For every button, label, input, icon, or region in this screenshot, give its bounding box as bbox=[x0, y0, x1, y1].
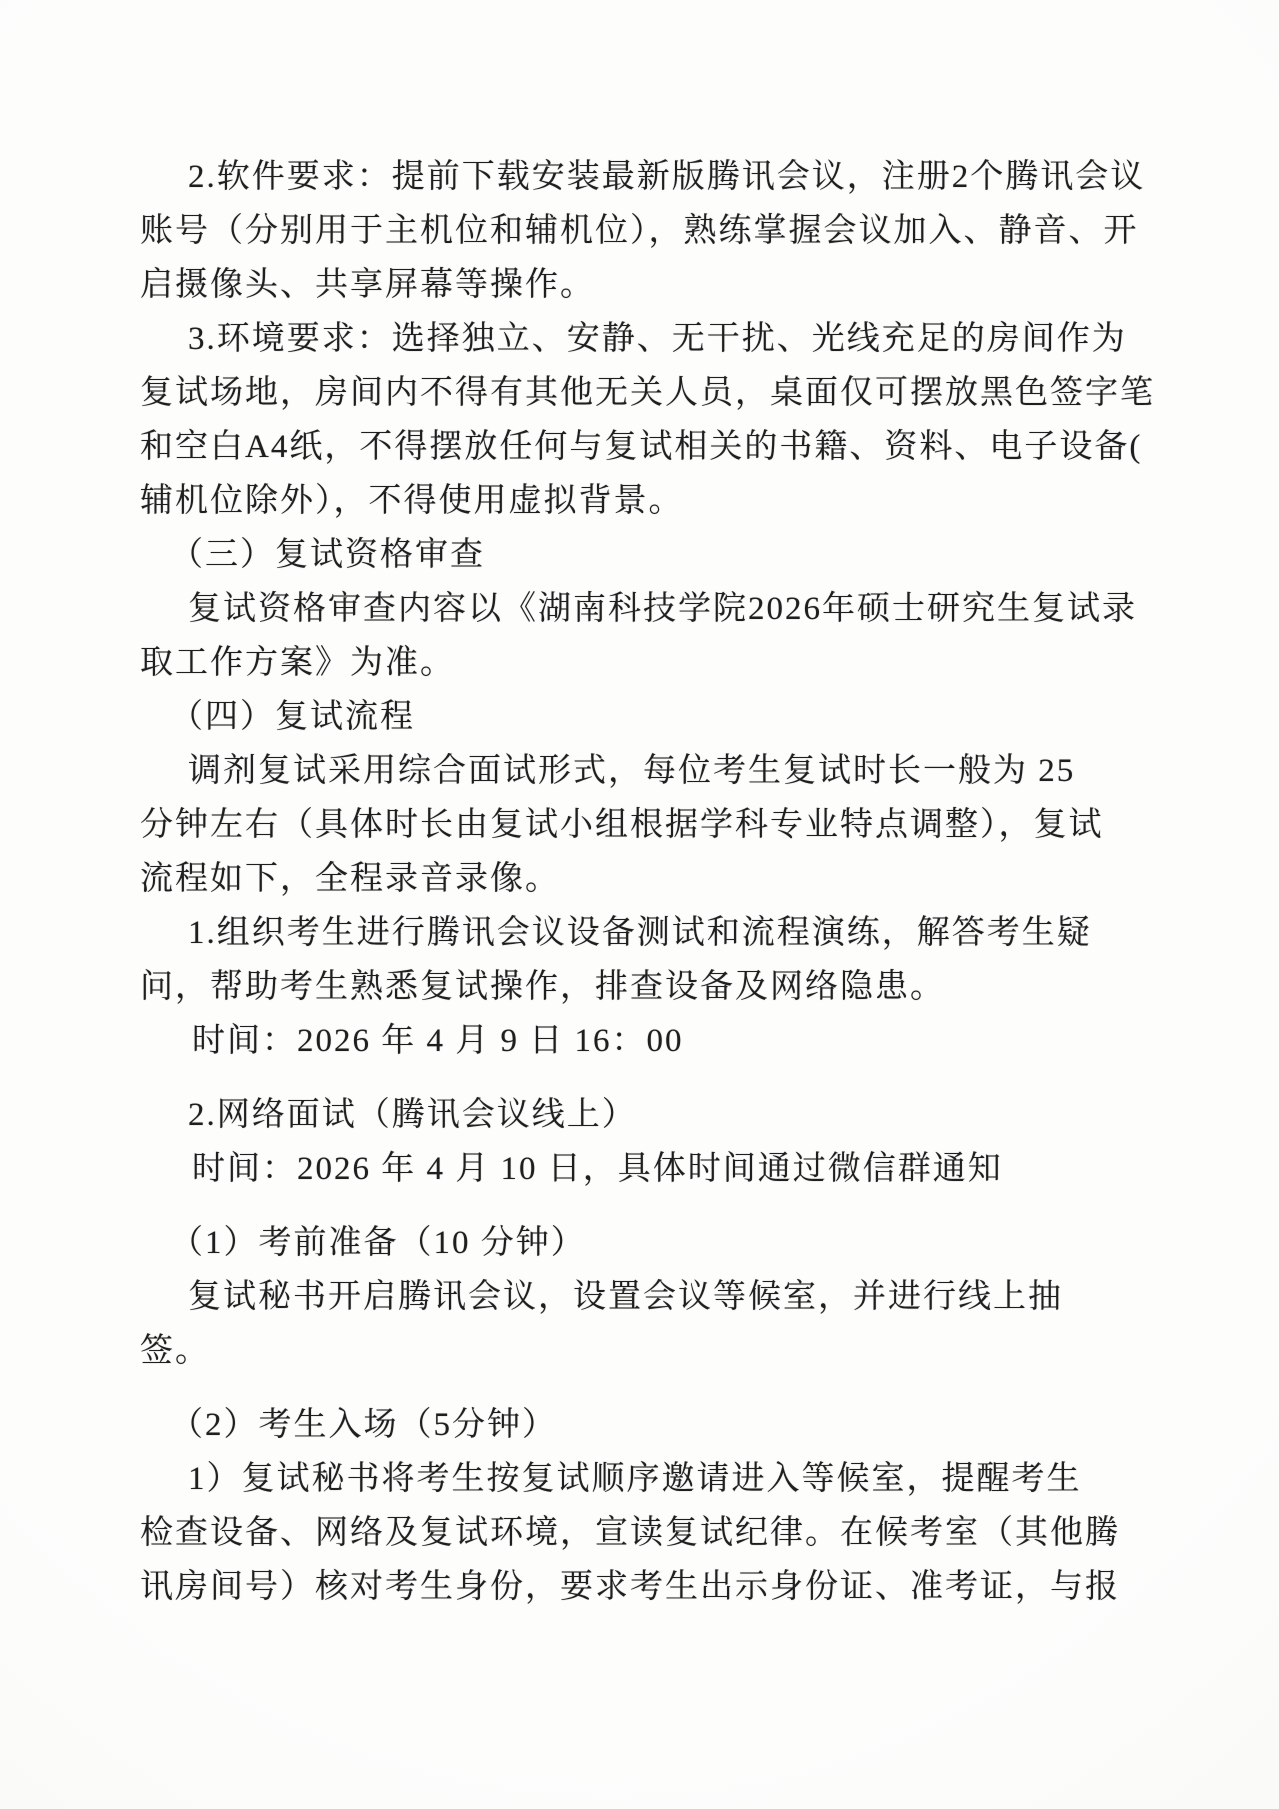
text-line: 账号（分别用于主机位和辅机位），熟练掌握会议加入、静音、开 bbox=[140, 204, 1150, 258]
text-line: 调剂复试采用综合面试形式，每位考生复试时长一般为 25 bbox=[140, 744, 1150, 798]
text-line: （1）考前准备（10 分钟） bbox=[140, 1216, 1150, 1270]
text-line: 分钟左右（具体时长由复试小组根据学科专业特点调整），复试 bbox=[140, 798, 1150, 852]
text-line: （四）复试流程 bbox=[140, 690, 1150, 744]
text-line: 时间：2026 年 4 月 9 日 16：00 bbox=[140, 1014, 1150, 1068]
text-line: 签。 bbox=[140, 1324, 1150, 1378]
text-line: 2.网络面试（腾讯会议线上） bbox=[140, 1088, 1150, 1142]
text-line: 1）复试秘书将考生按复试顺序邀请进入等候室，提醒考生 bbox=[140, 1452, 1150, 1506]
text-line: 时间：2026 年 4 月 10 日，具体时间通过微信群通知 bbox=[140, 1142, 1150, 1196]
document-body: 2.软件要求：提前下载安装最新版腾讯会议，注册2个腾讯会议账号（分别用于主机位和… bbox=[140, 150, 1150, 1614]
text-line: （三）复试资格审查 bbox=[140, 528, 1150, 582]
text-line: 和空白A4纸，不得摆放任何与复试相关的书籍、资料、电子设备( bbox=[140, 420, 1150, 474]
text-line: 检查设备、网络及复试环境，宣读复试纪律。在候考室（其他腾 bbox=[140, 1506, 1150, 1560]
text-line: 复试资格审查内容以《湖南科技学院2026年硕士研究生复试录 bbox=[140, 582, 1150, 636]
text-line: 辅机位除外），不得使用虚拟背景。 bbox=[140, 474, 1150, 528]
text-line: 讯房间号）核对考生身份，要求考生出示身份证、准考证，与报 bbox=[140, 1560, 1150, 1614]
text-line: 取工作方案》为准。 bbox=[140, 636, 1150, 690]
text-line: 问，帮助考生熟悉复试操作，排查设备及网络隐患。 bbox=[140, 960, 1150, 1014]
text-line: 3.环境要求：选择独立、安静、无干扰、光线充足的房间作为 bbox=[140, 312, 1150, 366]
text-line: 2.软件要求：提前下载安装最新版腾讯会议，注册2个腾讯会议 bbox=[140, 150, 1150, 204]
text-line: 1.组织考生进行腾讯会议设备测试和流程演练，解答考生疑 bbox=[140, 906, 1150, 960]
text-line: （2）考生入场（5分钟） bbox=[140, 1398, 1150, 1452]
text-line: 复试秘书开启腾讯会议，设置会议等候室，并进行线上抽 bbox=[140, 1270, 1150, 1324]
text-line: 启摄像头、共享屏幕等操作。 bbox=[140, 258, 1150, 312]
scanned-document-page: 2.软件要求：提前下载安装最新版腾讯会议，注册2个腾讯会议账号（分别用于主机位和… bbox=[0, 0, 1279, 1809]
text-line: 流程如下，全程录音录像。 bbox=[140, 852, 1150, 906]
text-line: 复试场地，房间内不得有其他无关人员，桌面仅可摆放黑色签字笔 bbox=[140, 366, 1150, 420]
